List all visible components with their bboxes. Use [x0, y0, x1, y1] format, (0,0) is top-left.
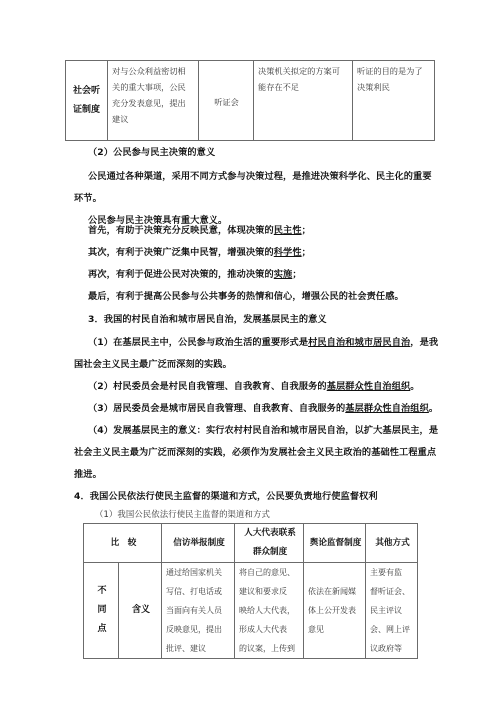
cell-line: 督听证会、 [370, 582, 415, 601]
text: 首先，有助于决策充分反映民意，体现决策的 [88, 225, 274, 236]
section-heading-supervision: 4．我国公民依法行使民主监督的渠道和方式，公民要负责地行使监督权利 [74, 488, 378, 502]
text: ，是我 [410, 337, 438, 348]
paragraph-line: 环节。 [74, 190, 102, 204]
cell-line: 意见 [308, 620, 363, 639]
item-2: （2）村民委员会是村民自我管理、自我教育、自我服务的基层群众性自治组织。 [88, 378, 420, 392]
underlined-term: 基层群众性自治组织 [345, 403, 429, 414]
text: （1）在基层民主中，公民参与政治生活的重要形式是 [88, 337, 308, 348]
paragraph-line: 推进。 [74, 466, 102, 480]
cell-form: 听证会 [199, 61, 254, 141]
cell-petition: 通过给国家机关 写信、打电话或 当面向有关人员 反映意见，提出 批评、建议 [162, 563, 235, 659]
text: ； [302, 225, 311, 236]
section-heading-grassroots-democracy: 3．我国的村民自治和城市居民自治，发展基层民主的意义 [88, 311, 327, 325]
paragraph-line: 社会主义民主最为广泛而深刻的实践，必须作为发展社会主义民主政治的基础性工程重点 [74, 444, 436, 458]
cell-line: 形成人大代表 [239, 620, 301, 639]
item-3: （3）居民委员会是城市居民自我管理、自我教育、自我服务的基层群众性自治组织。 [88, 400, 438, 414]
section-heading-decision-significance: （2）公民参与民主决策的意义 [88, 144, 215, 158]
row-group-char: 点 [88, 620, 116, 639]
header-compare: 比 较 [84, 524, 162, 563]
table-header-row: 比 较 信访举报制度 人大代表联系 群众制度 舆论监督制度 其他方式 [84, 524, 418, 563]
underlined-term: 科学性 [274, 247, 302, 258]
cell-line: 依法在新闻媒 [308, 582, 363, 601]
cell-line: 主要有监 [370, 563, 415, 582]
cell-line: 体上公开发表 [308, 601, 363, 620]
text: 。 [410, 381, 419, 392]
row-label-meaning: 含义 [119, 563, 162, 659]
cell-other: 主要有监 督听证会、 民主评议 会、网上评 议政府等 [366, 563, 418, 659]
cell-reason: 决策机关拟定的方案可 能存在不足 [254, 61, 353, 141]
cell-npc-deputy: 将自己的意见、 建议和要求反 映给人大代表， 形成人大代表 的议案，上传到 [235, 563, 304, 659]
item-1: （1）在基层民主中，公民参与政治生活的重要形式是村民自治和城市居民自治，是我 [88, 334, 438, 348]
cell-line: 议政府等 [370, 639, 415, 658]
point-last: 最后，有利于提高公民参与公共事务的热情和信心，增强公民的社会责任感。 [88, 288, 404, 302]
paragraph-line: 公民通过各种渠道，采用不同方式参与决策过程，是推进决策科学化、民主化的重要 [88, 168, 432, 182]
text: ； [302, 247, 311, 258]
point-second: 其次，有利于决策广泛集中民智，增强决策的科学性； [88, 244, 311, 258]
cell-line: 对与公众利益密切相 [112, 63, 195, 79]
header-npc-deputy-system: 人大代表联系 群众制度 [235, 524, 304, 563]
header-media-supervision: 舆论监督制度 [304, 524, 366, 563]
header-line: 人大代表联系 [239, 524, 301, 543]
item-4: （4）发展基层民主的意义：实行农村村民自治和城市居民自治，以扩大基层民主，是 [88, 422, 438, 436]
cell-line: 会、网上评 [370, 620, 415, 639]
cell-line: 写信、打电话或 [166, 582, 232, 601]
subheading-supervision-channels: （1）我国公民依法行使民主监督的渠道和方式 [95, 508, 270, 520]
cell-line: 当面向有关人员 [166, 601, 232, 620]
cell-line: 决策利民 [357, 79, 431, 95]
text: （3）居民委员会是城市居民自我管理、自我教育、自我服务的 [88, 403, 345, 414]
table-row: 不 同 点 含义 通过给国家机关 写信、打电话或 当面向有关人员 反映意见，提出… [84, 563, 418, 659]
text: 再次，有利于促进公民对决策的，推动决策的 [88, 269, 274, 280]
text: ； [292, 269, 301, 280]
cell-line: 将自己的意见、 [239, 563, 301, 582]
underlined-term: 村民自治和城市居民自治 [308, 337, 410, 348]
header-other-methods: 其他方式 [366, 524, 418, 563]
point-third: 再次，有利于促进公民对决策的，推动决策的实施； [88, 266, 302, 280]
header-petition-system: 信访举报制度 [162, 524, 235, 563]
cell-line: 关的重大事项，公民 [112, 79, 195, 95]
cell-line: 决策机关拟定的方案可 [258, 63, 349, 79]
row-header-line: 证制度 [66, 101, 107, 120]
cell-line: 民主评议 [370, 601, 415, 620]
cell-line: 建议 [112, 111, 195, 127]
row-group-differences: 不 同 点 [84, 563, 119, 659]
cell-line: 建议和要求反 [239, 582, 301, 601]
paragraph-line: 国社会主义民主最广泛而深刻的实践。 [74, 356, 232, 370]
cell-line: 充分发表意见，提出 [112, 95, 195, 111]
cell-line: 映给人大代表， [239, 601, 301, 620]
underlined-term: 民主性 [274, 225, 302, 236]
cell-scope: 对与公众利益密切相 关的重大事项，公民 充分发表意见，提出 建议 [108, 61, 199, 141]
header-line: 群众制度 [239, 543, 301, 562]
underlined-term: 实施 [274, 269, 293, 280]
row-group-char: 不 [88, 582, 116, 601]
underlined-term: 基层群众性自治组织 [327, 381, 411, 392]
text: 。 [429, 403, 438, 414]
cell-line: 的议案，上传到 [239, 639, 301, 658]
cell-purpose: 听证的目的是为了 决策利民 [353, 61, 435, 141]
cell-line: 能存在不足 [258, 79, 349, 95]
row-group-char: 同 [88, 601, 116, 620]
supervision-channels-table: 比 较 信访举报制度 人大代表联系 群众制度 舆论监督制度 其他方式 不 同 点… [83, 523, 418, 659]
cell-media: 依法在新闻媒 体上公开发表 意见 [304, 563, 366, 659]
cell-line: 批评、建议 [166, 639, 232, 658]
row-header-line: 社会听 [66, 82, 107, 101]
cell-line: 听证的目的是为了 [357, 63, 431, 79]
row-header-hearing-system: 社会听 证制度 [66, 61, 108, 141]
cell-line: 反映意见，提出 [166, 620, 232, 639]
cell-line: 通过给国家机关 [166, 563, 232, 582]
text: 其次，有利于决策广泛集中民智，增强决策的 [88, 247, 274, 258]
hearing-system-table: 社会听 证制度 对与公众利益密切相 关的重大事项，公民 充分发表意见，提出 建议… [65, 60, 435, 141]
text: （2）村民委员会是村民自我管理、自我教育、自我服务的 [88, 381, 327, 392]
point-first: 首先，有助于决策充分反映民意，体现决策的民主性； [88, 222, 311, 236]
